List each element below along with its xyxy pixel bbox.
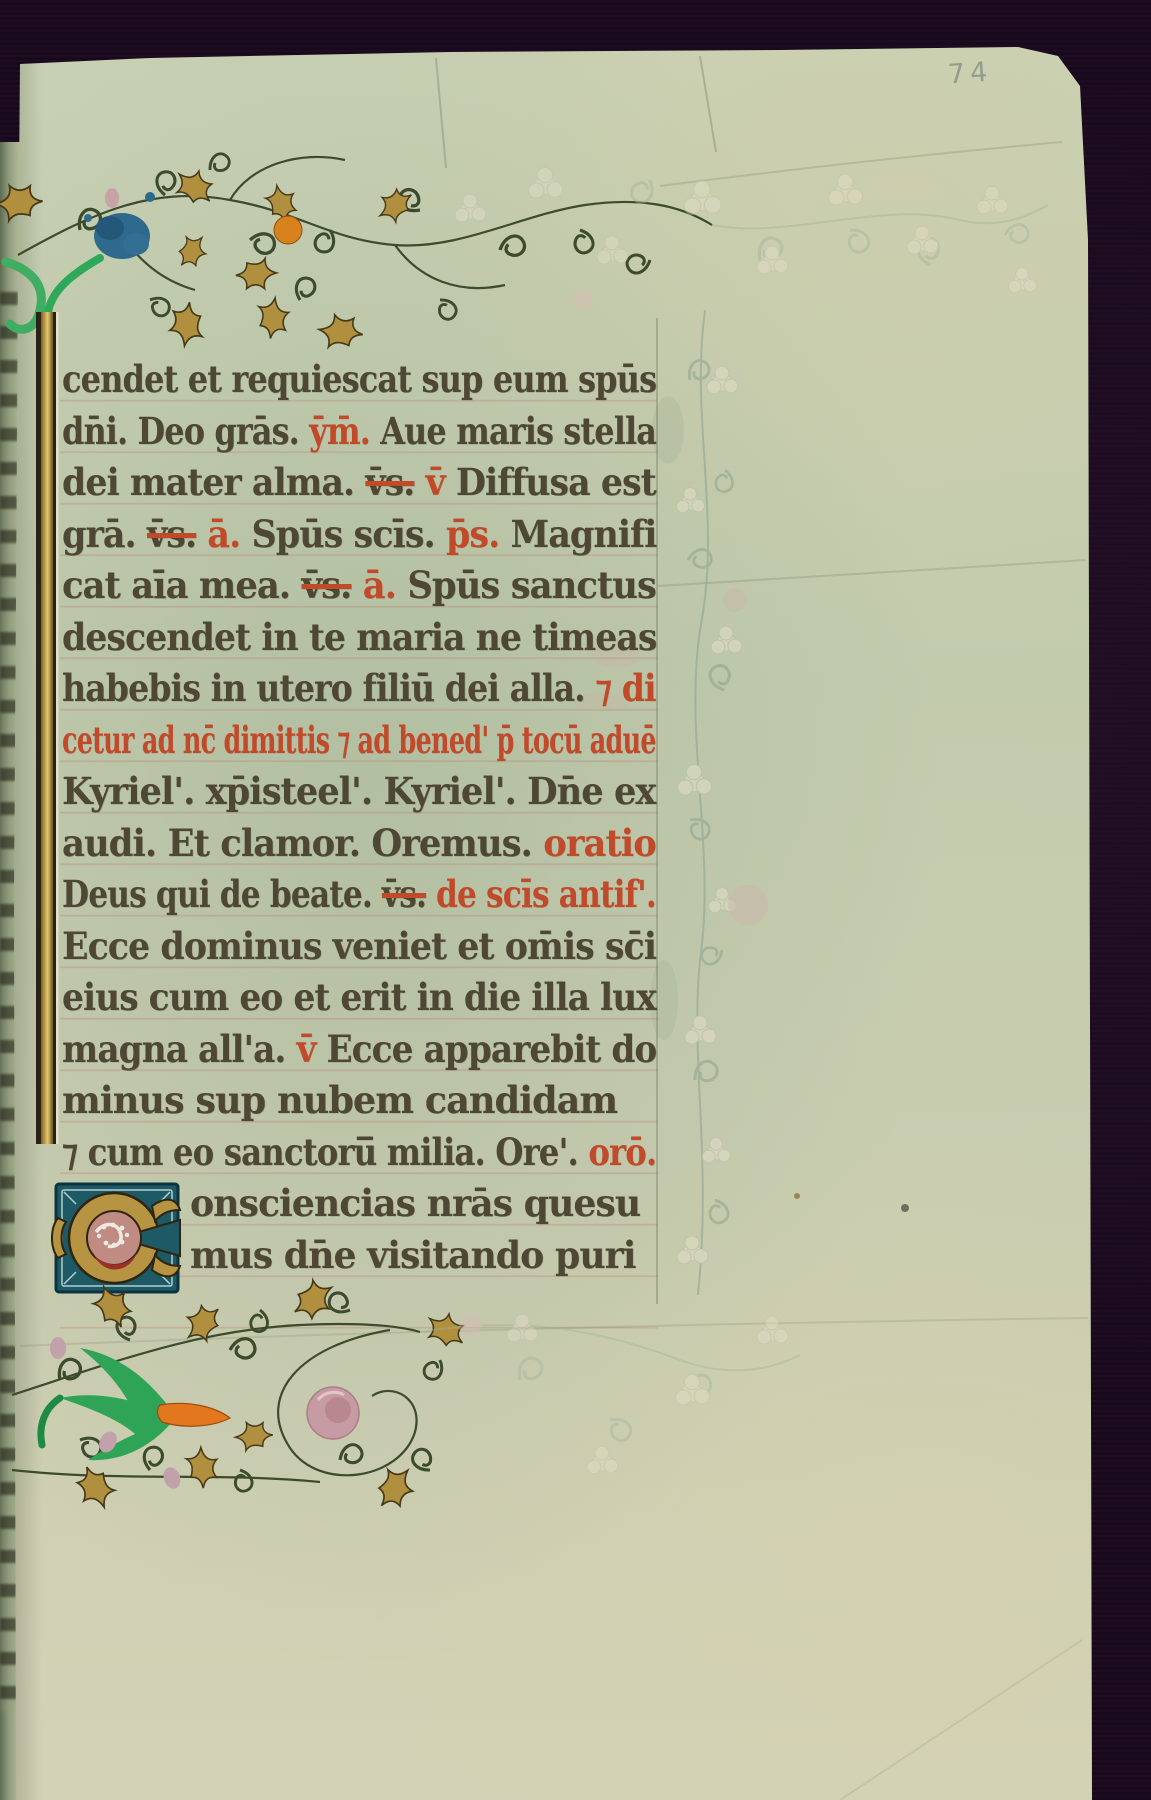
text-segment: onsciencias nrās quesu xyxy=(190,1181,640,1225)
text-segment: ⁊ cum eo sanctoru̅ milia. Ore'. xyxy=(62,1130,588,1174)
text-segment: magna all'a. xyxy=(62,1027,296,1071)
text-line: dei mater alma. v̄s. v̄ Diffusa est xyxy=(62,457,625,509)
text-segment: Ecce apparebit do xyxy=(326,1027,656,1071)
text-line: Ecce dominus veniet et om̄is sc̄i xyxy=(62,921,626,973)
text-segment: Ecce dominus veniet et om̄is sc̄i xyxy=(62,924,656,968)
text-segment: ⁊ di xyxy=(595,666,655,710)
text-segment: v̄ xyxy=(414,460,456,504)
orange-bud xyxy=(158,1403,230,1426)
text-line: minus sup nubem candidam xyxy=(62,1075,656,1127)
text-line: cat aīa mea. v̄s. ā. Spūs sanctus xyxy=(62,560,635,612)
text-segment: Deus qui de beate. xyxy=(62,872,382,916)
text-segment: v̄s. xyxy=(147,512,196,556)
text-segment: minus sup nubem candidam xyxy=(62,1078,617,1122)
text-segment: orō. xyxy=(588,1130,656,1174)
text-segment: dn̄i. Deo grās. xyxy=(62,409,309,453)
text-line: grā. v̄s. ā. Spūs scīs. p̄s. Magnifi xyxy=(62,509,628,561)
text-segment: v̄s. xyxy=(382,872,426,916)
text-segment: audi. Et clamor. Oremus. xyxy=(62,821,543,865)
pink-bud xyxy=(105,188,119,208)
text-segment: Spūs scīs. xyxy=(251,512,445,556)
specks xyxy=(794,1193,909,1212)
text-segment: grā. xyxy=(62,512,147,556)
text-segment: ā. xyxy=(351,563,407,607)
text-segment: Spūs sanctus xyxy=(407,563,656,607)
text-segment: cat aīa mea. xyxy=(62,563,302,607)
text-segment: Magnifi xyxy=(511,512,657,556)
text-line: onsciencias nrās quesu xyxy=(190,1178,652,1230)
top-border-decoration xyxy=(0,152,1048,353)
text-line: ⁊ cum eo sanctoru̅ milia. Ore'. orō. xyxy=(62,1127,587,1179)
text-block: cendet et requiescat sup eum spūsdn̄i. D… xyxy=(62,354,662,1281)
text-line: dn̄i. Deo grās. ȳm̄. Aue maris stella xyxy=(62,406,579,458)
text-segment: ā. xyxy=(196,512,251,556)
folio-number: 74 xyxy=(947,56,993,90)
pink-rose xyxy=(307,1387,359,1439)
text-segment: v̄s. xyxy=(302,563,352,607)
gold-bar xyxy=(36,312,59,1144)
text-line: habebis in utero filiū dei alla. ⁊ di xyxy=(62,663,600,715)
text-segment: descendet in te maria ne timeas xyxy=(62,615,656,659)
text-line: cendet et requiescat sup eum spūs xyxy=(62,354,581,406)
text-segment: v̄s. xyxy=(365,460,414,504)
text-segment: p̄s. xyxy=(446,512,511,556)
text-segment: Aue maris stella xyxy=(370,409,656,453)
text-segment: oratio xyxy=(543,821,656,865)
text-line: audi. Et clamor. Oremus. oratio xyxy=(62,818,635,870)
orange-berry xyxy=(274,216,302,244)
text-segment: dei mater alma. xyxy=(62,460,365,504)
text-line: descendet in te maria ne timeas xyxy=(62,612,624,664)
text-line: mus dn̄e visitando puri xyxy=(190,1230,652,1282)
text-segment: v̄ xyxy=(296,1027,326,1071)
text-segment: Kyriel'. xp̄isteel'. Kyriel'. Dn̄e ex xyxy=(62,769,655,813)
text-line: Kyriel'. xp̄isteel'. Kyriel'. Dn̄e ex xyxy=(62,766,632,818)
text-segment: cetur ad nc̄ dimittis ⁊ ad bened' p̄ toc… xyxy=(62,718,656,762)
text-segment: cendet et requiescat sup eum spūs xyxy=(62,357,656,401)
text-segment: Diffusa est xyxy=(456,460,656,504)
text-line: eius cum eo et erit in die illa lux xyxy=(62,972,620,1024)
text-segment: ȳm̄. xyxy=(309,409,370,453)
text-line: cetur ad nc̄ dimittis ⁊ ad bened' p̄ toc… xyxy=(62,715,474,767)
text-segment: de scīs antif'. xyxy=(426,872,656,916)
manuscript-photo: cendet et requiescat sup eum spūsdn̄i. D… xyxy=(0,0,1151,1800)
text-line: magna all'a. v̄ Ecce apparebit do xyxy=(62,1024,618,1076)
blue-cornflower xyxy=(6,213,150,329)
text-segment: habebis in utero filiū dei alla. xyxy=(62,666,595,710)
text-segment: eius cum eo et erit in die illa lux xyxy=(62,975,656,1019)
text-segment: mus dn̄e visitando puri xyxy=(190,1233,636,1277)
text-line: Deus qui de beate. v̄s. de scīs antif'. xyxy=(62,869,568,921)
